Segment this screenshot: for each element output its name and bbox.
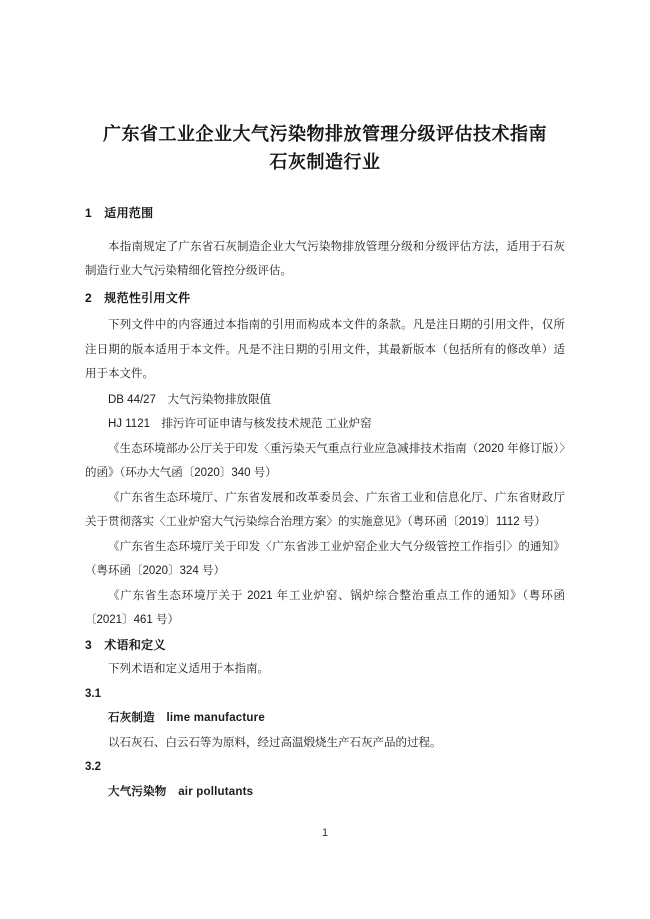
- term-number: 3.2: [85, 755, 565, 780]
- reference-item-mee-letter-2020-340: 《生态环境部办公厅关于印发〈重污染天气重点行业应急减排技术指南（2020 年修订…: [85, 437, 565, 486]
- document-title-line1: 广东省工业企业大气污染物排放管理分级评估技术指南: [85, 120, 565, 148]
- section1-paragraph: 本指南规定了广东省石灰制造企业大气污染物排放管理分级和分级评估方法，适用于石灰制…: [85, 235, 565, 284]
- section3-heading: 3 术语和定义: [85, 633, 565, 658]
- term-definition: 以石灰石、白云石等为原料，经过高温煅烧生产石灰产品的过程。: [85, 731, 565, 756]
- section2-heading: 2 规范性引用文件: [85, 286, 565, 311]
- term-block-3-2: 3.2 大气污染物 air pollutants: [85, 755, 565, 804]
- term-name: 大气污染物 air pollutants: [85, 780, 565, 805]
- term-number: 3.1: [85, 682, 565, 707]
- section2-paragraph: 下列文件中的内容通过本指南的引用而构成本文件的条款。凡是注日期的引用文件，仅所注…: [85, 313, 565, 387]
- reference-item-gd-letter-2020-324: 《广东省生态环境厅关于印发〈广东省涉工业炉窑企业大气分级管控工作指引〉的通知》（…: [85, 535, 565, 584]
- section3-intro: 下列术语和定义适用于本指南。: [85, 657, 565, 682]
- document-page: 广东省工业企业大气污染物排放管理分级评估技术指南 石灰制造行业 1 适用范围 本…: [0, 0, 650, 919]
- reference-item-gd-letter-2019-1112: 《广东省生态环境厅、广东省发展和改革委员会、广东省工业和信息化厅、广东省财政厅关…: [85, 486, 565, 535]
- reference-item-hj1121: HJ 1121 排污许可证申请与核发技术规范 工业炉窑: [85, 412, 565, 437]
- term-block-3-1: 3.1 石灰制造 lime manufacture 以石灰石、白云石等为原料，经…: [85, 682, 565, 756]
- document-title-line2: 石灰制造行业: [85, 148, 565, 176]
- reference-item-db4427: DB 44/27 大气污染物排放限值: [85, 388, 565, 413]
- reference-item-gd-letter-2021-461: 《广东省生态环境厅关于 2021 年工业炉窑、锅炉综合整治重点工作的通知》（粤环…: [85, 584, 565, 633]
- reference-list: DB 44/27 大气污染物排放限值 HJ 1121 排污许可证申请与核发技术规…: [85, 388, 565, 633]
- document-title: 广东省工业企业大气污染物排放管理分级评估技术指南 石灰制造行业: [85, 120, 565, 176]
- section1-heading: 1 适用范围: [85, 201, 565, 226]
- term-name: 石灰制造 lime manufacture: [85, 706, 565, 731]
- page-number: 1: [85, 821, 565, 846]
